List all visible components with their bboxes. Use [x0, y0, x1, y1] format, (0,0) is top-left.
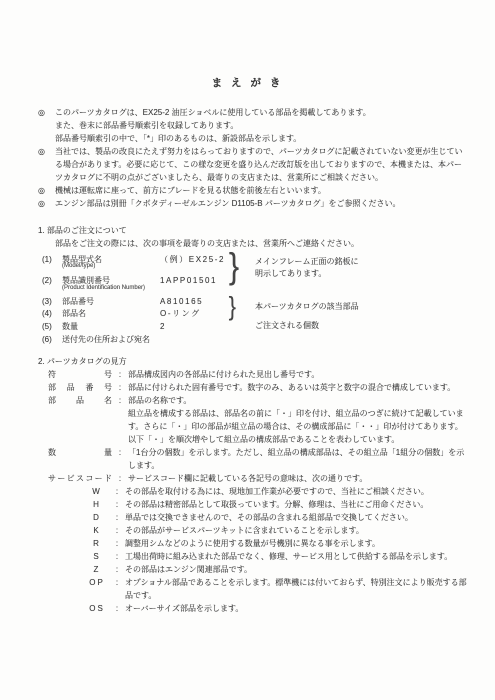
glossary-list: 符号 : 部品構成図内の各部品に付けられた見出し番号です。 部品番号 : 部品に… [38, 368, 467, 615]
service-code-row: Z : その部品はエンジン関連部品です。 [85, 563, 467, 576]
service-code-row: S : 工場出荷時に組み込まれた部品でなく、修理、サービス用として供給する部品を… [85, 550, 467, 563]
colon-separator: : [109, 537, 125, 550]
colon-separator: : [109, 485, 125, 498]
item-sublabel: (Model/type) [62, 262, 95, 270]
service-code: OS [85, 602, 109, 615]
colon-separator: : [109, 563, 125, 576]
preface-section: ◎ このパーツカタログは、EX25-2 油圧ショベルに使用している部品を掲載して… [38, 106, 467, 210]
glossary-term: 符号 [48, 368, 112, 381]
item-number: (1) [42, 253, 52, 266]
glossary-desc: 部品の名称です。組立品を構成する部品は、部品名の前に「・」印を付け、組立品のつぎ… [128, 394, 467, 446]
preface-bullet: ◎ 機械は運転席に座って、前方にブレードを見る状態を前後左右といいます。 [38, 184, 467, 197]
service-code: W [85, 485, 109, 498]
item-value: 2 [160, 320, 166, 333]
order-item-row: (6) 送付先の住所および宛名 [42, 333, 467, 346]
service-code-row: H : その部品は精密部品として取扱っています。分解、修理は、当社にご用命くださ… [85, 498, 467, 511]
item-sublabel: (Product Identification Number) [62, 284, 145, 292]
glossary-term: 部品名 [48, 394, 112, 446]
grouping-brace: } [229, 291, 236, 321]
bullseye-bullet-icon: ◎ [38, 184, 55, 197]
colon-separator: : [109, 550, 125, 563]
preface-bullet: ◎ 当社では、製品の改良にたえず努力をはらっておりますので、パーツカタログに記載… [38, 145, 467, 184]
glossary-term: サービスコード [48, 472, 112, 485]
preface-bullet-text: 機械は運転席に座って、前方にブレードを見る状態を前後左右といいます。 [55, 184, 467, 197]
service-code: S [85, 550, 109, 563]
item-label: 数量 [62, 320, 78, 333]
service-code: H [85, 498, 109, 511]
item-label: 部品名 [62, 307, 86, 320]
catalog-part-annotation: 本パーツカタログの該当部品 [255, 301, 359, 313]
page-title: ま え が き [0, 0, 495, 90]
service-code-row: W : その部品を取付ける為には、現地加工作業が必要ですので、当社にご相談くださ… [85, 485, 467, 498]
service-code-desc: その部品がサービスパーツキットに含まれていることを示します。 [125, 524, 467, 537]
colon-separator: : [109, 576, 125, 602]
section1-intro: 部品をご注文の際には、次の事項を最寄りの支店または、営業所へご連絡ください。 [55, 237, 467, 250]
colon-separator: : [112, 368, 128, 381]
colon-separator: : [112, 381, 128, 394]
item-number: (4) [42, 307, 52, 320]
service-code-desc: 調整用シムなどのように使用する数量が号機別に異なる事を示します。 [125, 537, 467, 550]
service-code-row: OS : オーバーサイズ部品を示します。 [85, 602, 467, 615]
service-code-row: OP : オプショナル部品であることを示します。標準機には付いておらず、特別注文… [85, 576, 467, 602]
order-info-list: (1) 製品型式名 （例）EX25-2 (Model/type) (2) 製品識… [42, 253, 467, 347]
glossary-row: 部品番号 : 部品に付けられた固有番号です。数字のみ、あるいは英字と数字の混合で… [48, 381, 467, 394]
service-code-desc: その部品を取付ける為には、現地加工作業が必要ですので、当社にご相談ください。 [125, 485, 467, 498]
service-code-desc: 単品では交換できませんので、その部品の含まれる組部品で交換してください。 [125, 511, 467, 524]
service-code: R [85, 537, 109, 550]
service-code-desc: その部品はエンジン関連部品です。 [125, 563, 467, 576]
colon-separator: : [112, 446, 128, 472]
glossary-desc: 「1台分の個数」を示します。ただし、組立品の構成部品は、その組立品「1組分の個数… [128, 446, 467, 472]
service-code-row: K : その部品がサービスパーツキットに含まれていることを示します。 [85, 524, 467, 537]
service-code-desc: オプショナル部品であることを示します。標準機には付いておらず、特別注文により販売… [125, 576, 467, 602]
item-value: 1APP01501 [160, 274, 217, 287]
service-code-desc: 工場出荷時に組み込まれた部品でなく、修理、サービス用として供給する部品を示します… [125, 550, 467, 563]
service-code: OP [85, 576, 109, 602]
preface-bullet: ◎ エンジン部品は別冊「クボタディーゼルエンジン D1105-B パーツカタログ… [38, 197, 467, 210]
colon-separator: : [109, 524, 125, 537]
bullseye-bullet-icon: ◎ [38, 145, 55, 184]
glossary-row: 符号 : 部品構成図内の各部品に付けられた見出し番号です。 [48, 368, 467, 381]
preface-bullet-text: エンジン部品は別冊「クボタディーゼルエンジン D1105-B パーツカタログ」を… [55, 197, 467, 210]
colon-separator: : [109, 511, 125, 524]
preface-bullet-text: 当社では、製品の改良にたえず努力をはらっておりますので、パーツカタログに記載され… [55, 145, 467, 184]
service-code-desc: オーバーサイズ部品を示します。 [125, 602, 467, 615]
item-label: 送付先の住所および宛名 [62, 333, 150, 346]
item-number: (6) [42, 333, 52, 346]
colon-separator: : [112, 394, 128, 446]
service-code: K [85, 524, 109, 537]
glossary-desc: 部品に付けられた固有番号です。数字のみ、あるいは英字と数字の混合で構成しています… [128, 381, 467, 394]
item-value: O-リング [160, 307, 201, 320]
service-code-row: R : 調整用シムなどのように使用する数量が号機別に異なる事を示します。 [85, 537, 467, 550]
service-code-desc: その部品は精密部品として取扱っています。分解、修理は、当社にご用命ください。 [125, 498, 467, 511]
glossary-row: 数量 : 「1台分の個数」を示します。ただし、組立品の構成部品は、その組立品「1… [48, 446, 467, 472]
grouping-brace: } [229, 246, 239, 286]
glossary-term: 数量 [48, 446, 112, 472]
section1-heading: 1. 部品のご注文について [38, 224, 467, 237]
quantity-annotation: ご注文される個数 [255, 320, 319, 332]
service-code: D [85, 511, 109, 524]
service-code-row: D : 単品では交換できませんので、その部品の含まれる組部品で交換してください。 [85, 511, 467, 524]
preface-bullet-text: このパーツカタログは、EX25-2 油圧ショベルに使用している部品を掲載してあり… [55, 106, 467, 145]
preface-bullet: ◎ このパーツカタログは、EX25-2 油圧ショベルに使用している部品を掲載して… [38, 106, 467, 145]
glossary-desc: サービスコード欄に記載している各記号の意味は、次の通りです。 [128, 472, 467, 485]
nameplate-annotation: メインフレーム正面の銘板に明示してあります。 [255, 256, 359, 280]
glossary-term: 部品番号 [48, 381, 112, 394]
colon-separator: : [109, 602, 125, 615]
bullseye-bullet-icon: ◎ [38, 197, 55, 210]
document-page: ま え が き ◎ このパーツカタログは、EX25-2 油圧ショベルに使用してい… [0, 0, 495, 700]
item-number: (5) [42, 320, 52, 333]
glossary-desc: 部品構成図内の各部品に付けられた見出し番号です。 [128, 368, 467, 381]
glossary-row: 部品名 : 部品の名称です。組立品を構成する部品は、部品名の前に「・」印を付け、… [48, 394, 467, 446]
service-code: Z [85, 563, 109, 576]
item-value: （例）EX25-2 [160, 253, 225, 266]
section2-heading: 2. パーツカタログの見方 [38, 355, 467, 368]
colon-separator: : [109, 498, 125, 511]
item-number: (2) [42, 274, 52, 287]
colon-separator: : [112, 472, 128, 485]
bullseye-bullet-icon: ◎ [38, 106, 55, 145]
glossary-row: サービスコード : サービスコード欄に記載している各記号の意味は、次の通りです。 [48, 472, 467, 485]
